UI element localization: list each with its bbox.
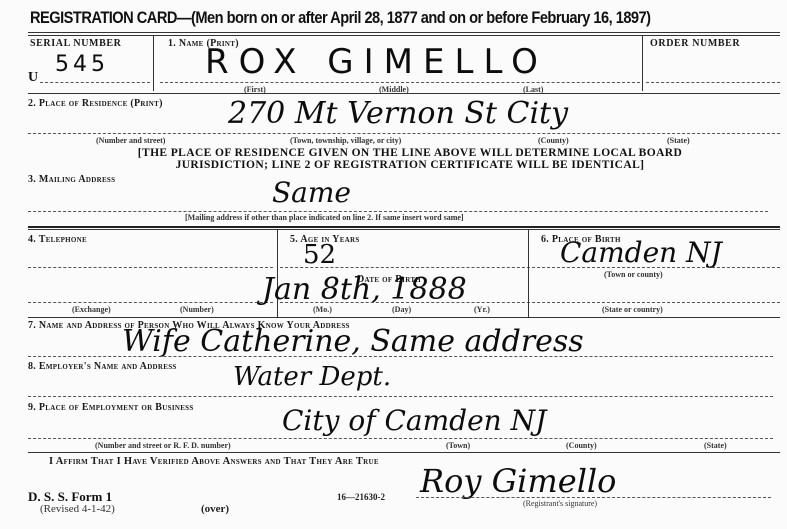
name-line <box>160 82 640 83</box>
divider <box>28 32 780 33</box>
over-text: (over) <box>201 503 229 515</box>
signature-sublabel: (Registrant's signature) <box>523 499 597 508</box>
telephone-line <box>28 267 273 268</box>
divider <box>153 36 154 91</box>
pob-line <box>532 267 780 268</box>
divider <box>28 93 780 94</box>
place-of-birth-value[interactable]: Camden NJ <box>560 236 722 269</box>
employment-county-sublabel: (County) <box>566 441 597 450</box>
serial-number-label: SERIAL NUMBER <box>30 38 121 49</box>
telephone-line-2 <box>28 302 273 303</box>
pob-line-2 <box>532 302 780 303</box>
form-revised: (Revised 4-1-42) <box>40 503 115 515</box>
affirmation-text: I Affirm That I Have Verified Above Answ… <box>49 456 379 467</box>
place-of-employment-value[interactable]: City of Camden NJ <box>282 404 546 437</box>
order-number-label: ORDER NUMBER <box>650 38 740 49</box>
dob-line <box>280 302 530 303</box>
contact-line <box>28 356 773 357</box>
state-sublabel: (State) <box>667 136 690 145</box>
divider <box>528 229 529 317</box>
year-sublabel: (Yr.) <box>474 305 490 314</box>
serial-number-value[interactable]: 545 <box>55 52 109 77</box>
contact-person-value[interactable]: Wife Catherine, Same address <box>122 324 584 359</box>
employment-line <box>28 438 773 439</box>
employment-town-sublabel: (Town) <box>446 441 470 450</box>
registrant-signature[interactable]: Roy Gimello <box>420 462 616 500</box>
divider <box>28 229 780 230</box>
street-sublabel: (Number and street) <box>96 136 165 145</box>
card-title: REGISTRATION CARD—(Men born on or after … <box>30 8 651 28</box>
name-value[interactable]: ROX GIMELLO <box>205 42 548 82</box>
number-sublabel: (Number) <box>180 305 214 314</box>
mailing-address-note: [Mailing address if other than place ind… <box>185 213 464 222</box>
county-sublabel: (County) <box>538 136 569 145</box>
divider <box>28 317 780 318</box>
serial-line <box>40 82 150 83</box>
form-code: 16—21630-2 <box>337 492 385 502</box>
divider <box>28 226 780 228</box>
exchange-sublabel: (Exchange) <box>72 305 111 314</box>
order-line <box>646 82 780 83</box>
age-line <box>280 267 530 268</box>
age-value[interactable]: 52 <box>303 240 336 270</box>
employer-value[interactable]: Water Dept. <box>233 362 391 392</box>
signature-line <box>416 497 771 498</box>
divider <box>28 35 780 36</box>
place-of-employment-label: 9. Place of Employment or Business <box>28 402 194 413</box>
residence-value[interactable]: 270 Mt Vernon St City <box>228 96 568 131</box>
telephone-label: 4. Telephone <box>28 234 87 245</box>
mailing-line <box>28 211 768 212</box>
employer-label: 8. Employer's Name and Address <box>28 361 177 372</box>
employment-state-sublabel: (State) <box>704 441 727 450</box>
state-country-sublabel: (State or country) <box>602 305 663 314</box>
divider <box>28 452 780 453</box>
month-sublabel: (Mo.) <box>313 305 332 314</box>
town-county-sublabel: (Town or county) <box>604 270 663 279</box>
town-sublabel: (Town, township, village, or city) <box>290 136 401 145</box>
employer-line <box>28 396 773 397</box>
registration-card: REGISTRATION CARD—(Men born on or after … <box>0 0 787 529</box>
residence-notice-line1: [THE PLACE OF RESIDENCE GIVEN ON THE LIN… <box>70 147 750 159</box>
residence-notice-line2: JURISDICTION; LINE 2 OF REGISTRATION CER… <box>70 159 750 171</box>
mailing-address-label: 3. Mailing Address <box>28 174 115 185</box>
residence-line <box>28 133 780 134</box>
divider <box>642 36 643 91</box>
day-sublabel: (Day) <box>392 305 411 314</box>
mailing-address-value[interactable]: Same <box>272 176 351 209</box>
residence-label: 2. Place of Residence (Print) <box>28 98 163 109</box>
employment-street-sublabel: (Number and street or R. F. D. number) <box>95 441 231 450</box>
serial-prefix: U <box>28 70 38 86</box>
